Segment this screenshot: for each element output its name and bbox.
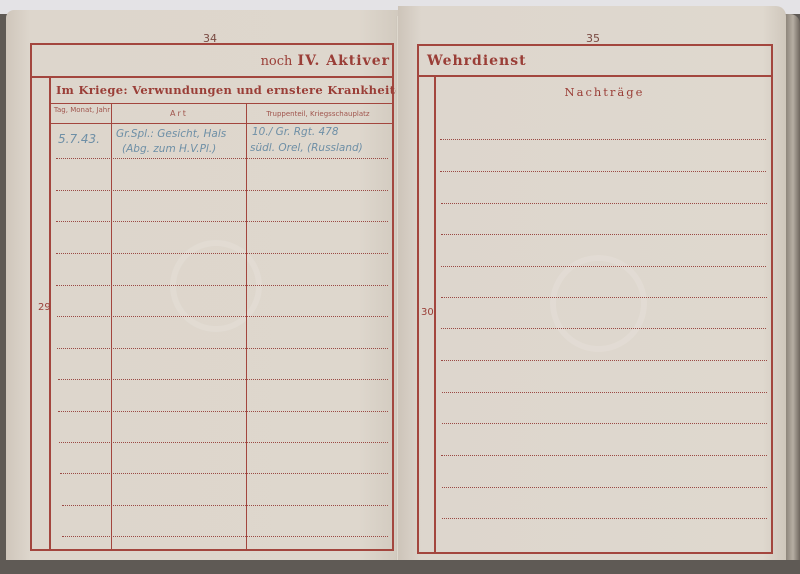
right-header-divider bbox=[417, 75, 773, 77]
left-page-header: noch IV. Aktiver bbox=[210, 50, 390, 69]
booklet-page-edges bbox=[786, 14, 800, 560]
header-prefix: noch bbox=[261, 54, 293, 69]
section-title: Im Kriege: Verwundungen und ernstere Kra… bbox=[56, 83, 412, 97]
entry-date: 5.7.43. bbox=[58, 132, 100, 146]
entry-type-line2: (Abg. zum H.V.Pl.) bbox=[122, 143, 216, 155]
right-page-frame bbox=[417, 44, 773, 554]
header-title: IV. Aktiver bbox=[298, 53, 390, 69]
right-section-title: Nachträge bbox=[436, 85, 773, 99]
column-header-unit: Truppenteil, Kriegsschauplatz bbox=[246, 110, 390, 118]
left-header-divider bbox=[30, 76, 394, 78]
left-page-frame bbox=[30, 43, 394, 551]
entry-unit-line1: 10./ Gr. Rgt. 478 bbox=[252, 126, 339, 138]
entry-unit-line2: südl. Orel, (Russland) bbox=[250, 142, 363, 154]
column-divider-2 bbox=[246, 104, 247, 551]
right-header-title: Wehrdienst bbox=[427, 53, 527, 69]
column-header-divider bbox=[50, 123, 393, 124]
section-title-divider bbox=[50, 103, 393, 104]
right-margin-divider bbox=[434, 76, 436, 553]
left-margin-divider bbox=[49, 77, 51, 551]
right-margin-number: 30 bbox=[421, 307, 434, 318]
column-header-date: Tag, Monat, Jahr bbox=[52, 106, 112, 114]
entry-type-line1: Gr.Spl.: Gesicht, Hals bbox=[116, 128, 226, 140]
column-divider-1 bbox=[111, 104, 112, 551]
column-header-type: Art bbox=[112, 110, 246, 118]
left-margin-number: 29 bbox=[38, 302, 51, 313]
